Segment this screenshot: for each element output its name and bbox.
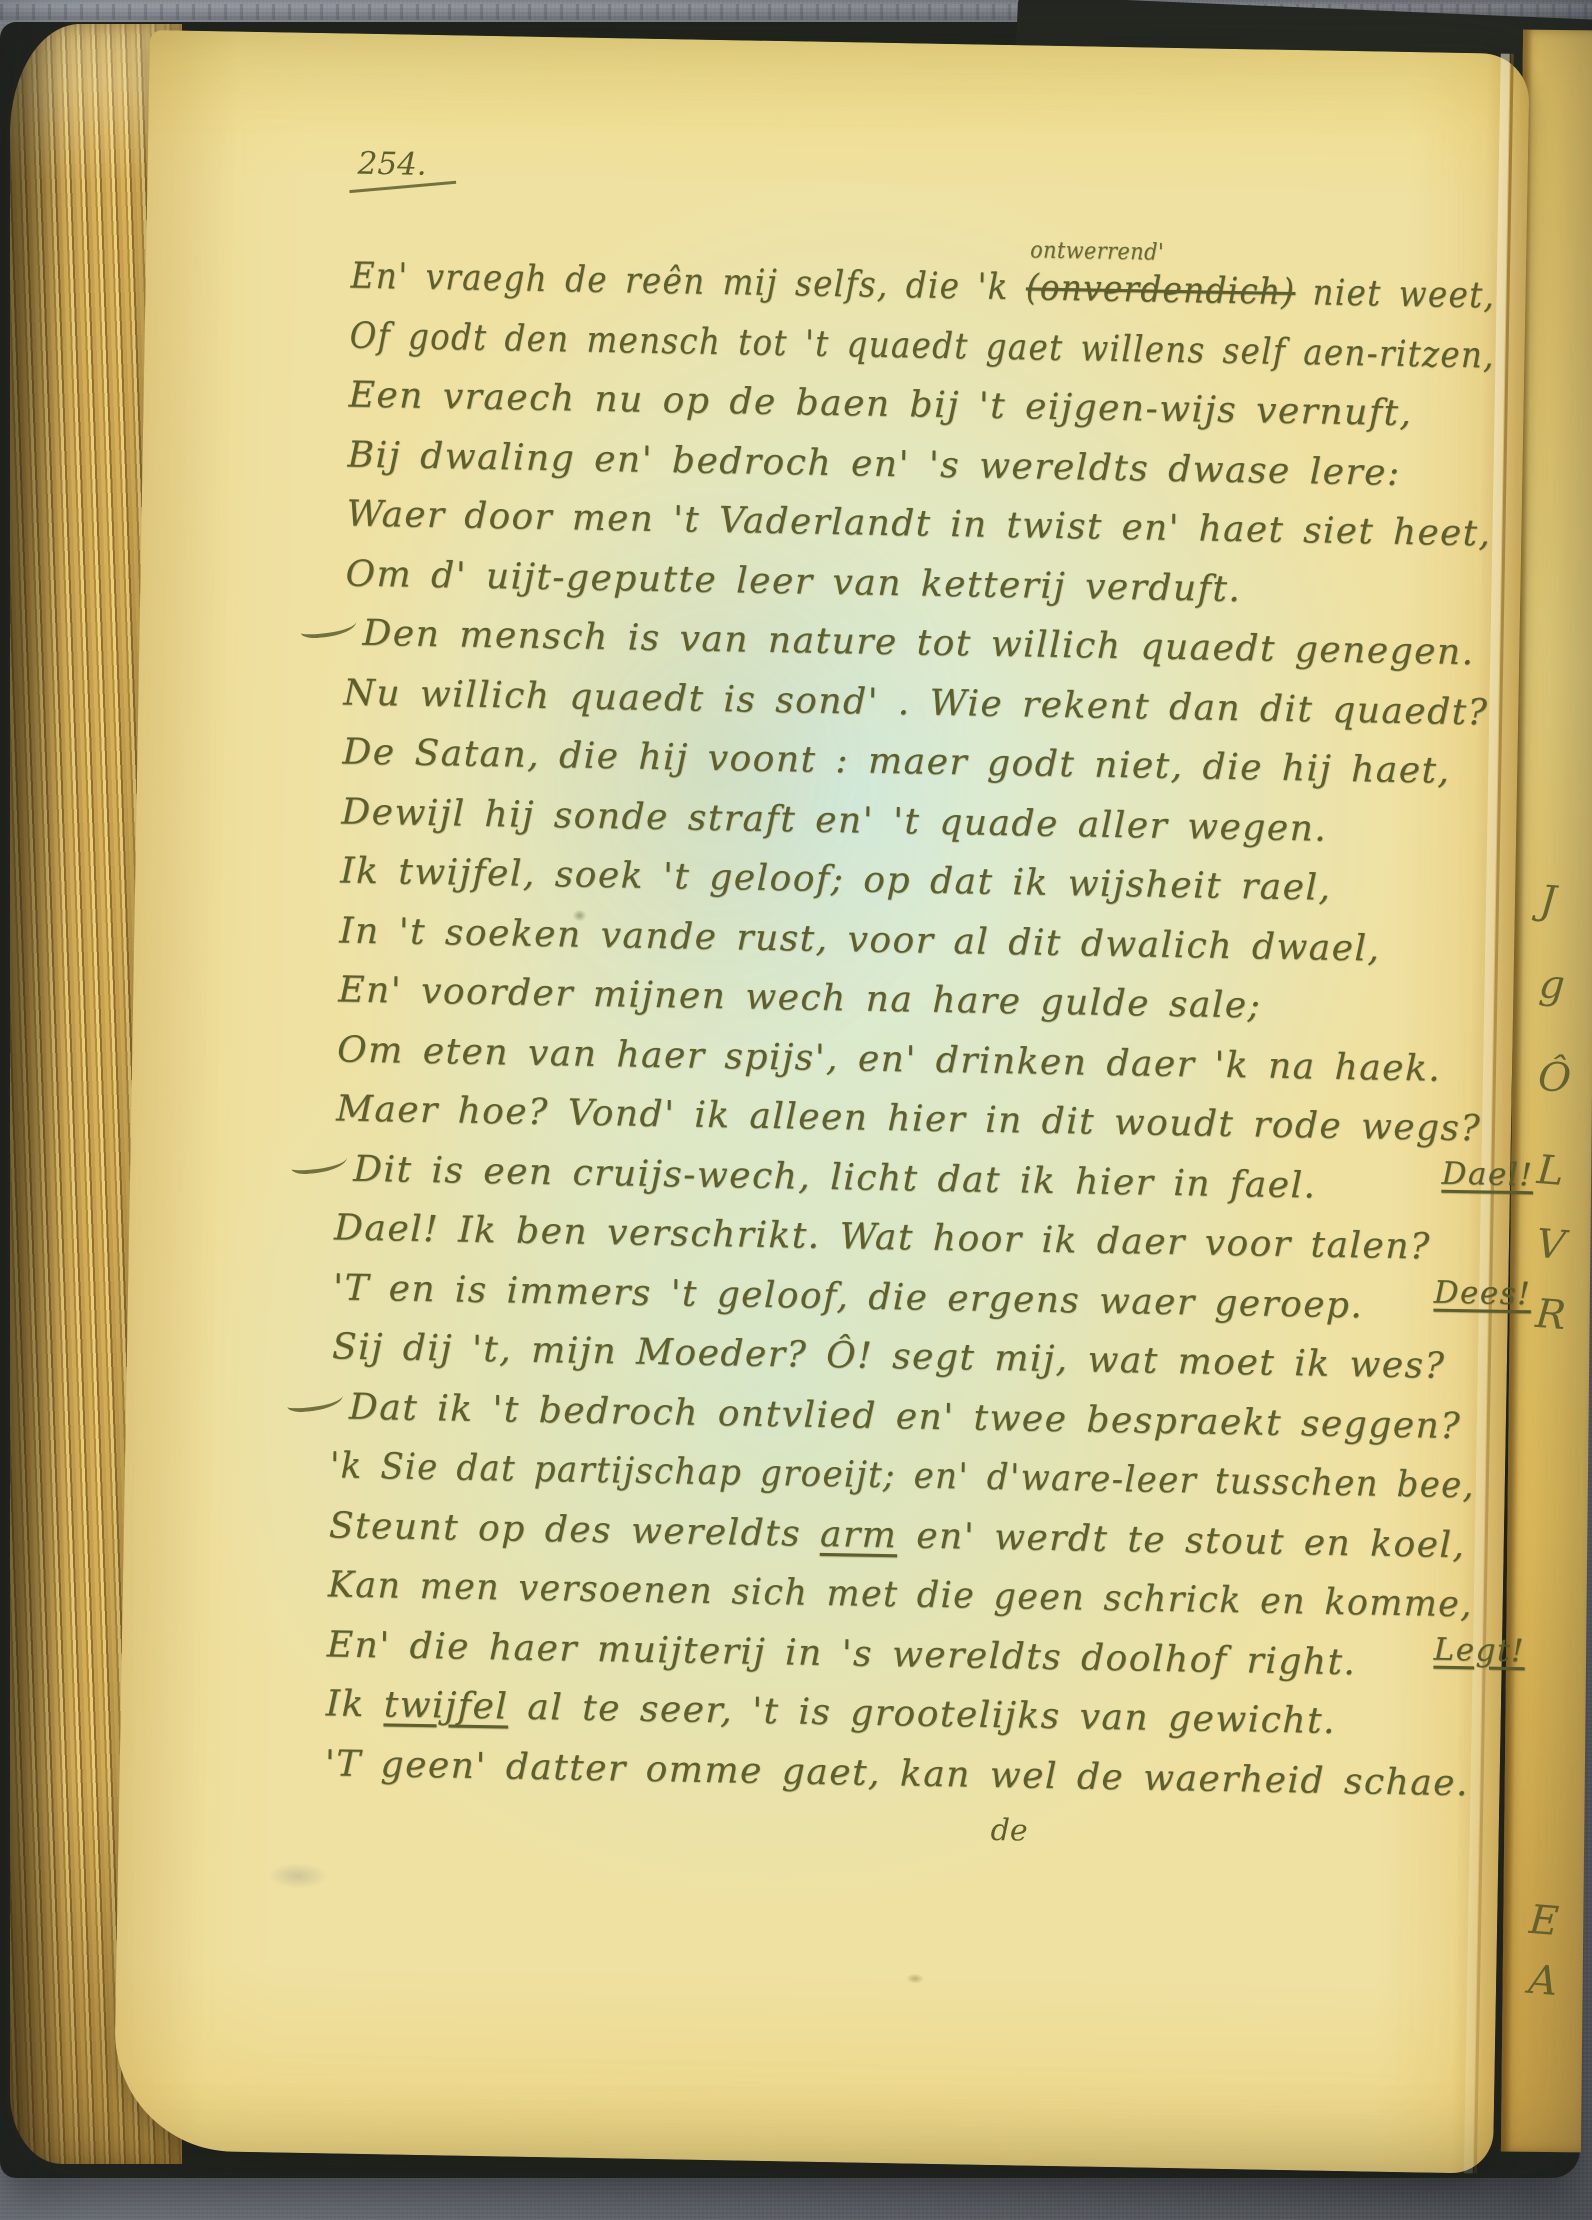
adjacent-page-glyph: J <box>1538 877 1558 924</box>
interlinear-correction: ontwerrend' <box>1030 237 1164 265</box>
margin-word: Dees! <box>1433 1274 1531 1312</box>
pen-flourish <box>291 1151 348 1175</box>
adjacent-page-glyph: E <box>1528 1897 1561 1945</box>
handwriting-text: Ik <box>325 1683 384 1725</box>
paper-stain <box>906 1973 924 1983</box>
underlined-word: arm <box>820 1513 898 1555</box>
pen-flourish <box>286 1389 343 1413</box>
paper-stain <box>268 1862 328 1889</box>
manuscript-page: 254. En' vraegh de reên mij selfs, die '… <box>113 30 1530 2174</box>
adjacent-page-glyph: g <box>1537 961 1566 1009</box>
adjacent-page-glyph: Ô <box>1536 1054 1572 1102</box>
margin-word: Legt! <box>1433 1631 1525 1669</box>
page-number: 254. <box>357 146 427 183</box>
adjacent-page-glyph: L <box>1535 1147 1565 1195</box>
adjacent-page-glyph: A <box>1527 1957 1559 2005</box>
handwritten-text-block: En' vraegh de reên mij selfs, die 'k ont… <box>324 256 1541 1824</box>
struck-through-word: (onverdendich) <box>1026 267 1296 313</box>
margin-word: Dael! <box>1441 1155 1533 1193</box>
catchword: de <box>990 1813 1028 1849</box>
pen-flourish <box>300 615 357 639</box>
handwriting-text: En' vraegh de reên mij selfs, die 'k <box>350 256 1026 309</box>
adjacent-page-glyph: V <box>1535 1221 1567 1269</box>
manuscript-photo: { "page": { "number": "254.", "catchword… <box>0 0 1592 2220</box>
handwriting-text: niet weet, <box>1295 272 1496 316</box>
handwriting-text: en' werdt te stout en koel, <box>897 1515 1466 1566</box>
handwriting-text: Steunt op des wereldts <box>329 1505 821 1555</box>
adjacent-page-glyph: R <box>1534 1291 1568 1339</box>
underlined-word: twijfel <box>383 1684 508 1727</box>
